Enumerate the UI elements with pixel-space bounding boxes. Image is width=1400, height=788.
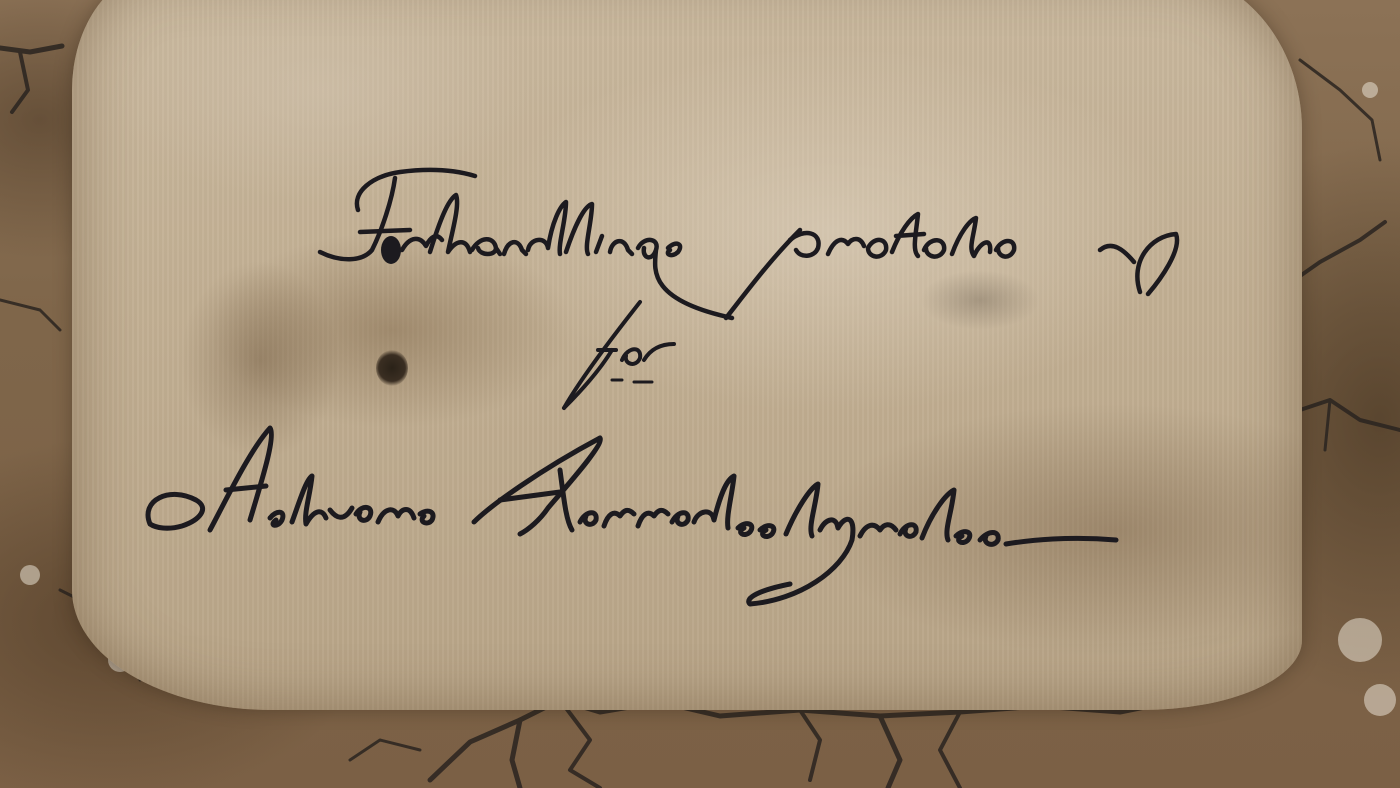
preposition-text: for bbox=[570, 310, 657, 380]
council-name-text: Askvens Herredsstyrelse bbox=[150, 440, 1384, 552]
handwriting bbox=[0, 0, 1400, 788]
title-text: Forhandlingsprotokol bbox=[320, 190, 1278, 288]
book-cover: Forhandlingsprotokol for Askvens Herreds… bbox=[0, 0, 1400, 788]
